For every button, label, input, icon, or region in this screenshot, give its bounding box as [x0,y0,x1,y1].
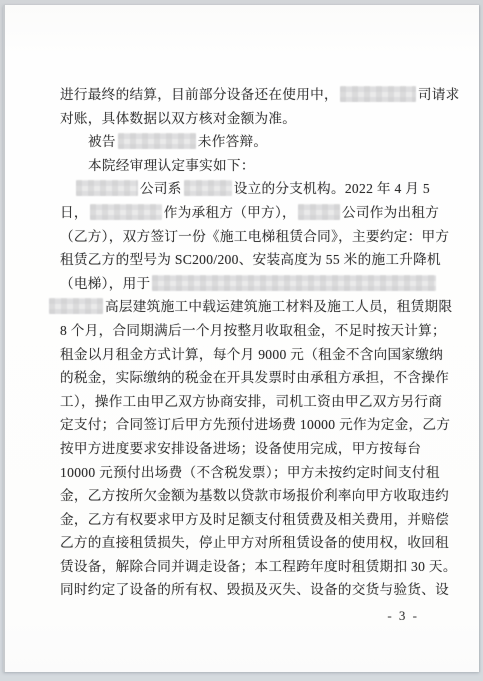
text-segment: 10000 元预付出场费（不含税发票）；甲方未按约定时间支付租 [60,465,440,480]
text-line: 定支付；合同签订后甲方先预付进场费 10000 元作为定金，乙方 [60,413,460,437]
text-segment: 同时约定了设备的所有权、毁损及灭失、设备的交货与验货、设 [60,582,449,597]
text-line: 公司系设立的分支机构。2022 年 4 月 5 [74,177,460,201]
text-line: 10000 元预付出场费（不含税发票）；甲方未按约定时间支付租 [60,461,460,485]
text-segment: 进行最终的结算，目前部分设备还在使用中， [60,87,338,102]
text-line: 8 个月，合同期满后一个月按整月收取租金，不足时按天计算； [60,319,460,343]
text-segment: 乙方的直接租赁损失，停止甲方对所租赁设备的使用权，收回租 [60,535,449,550]
text-segment: 赁设备，解除合同并调走设备；本工程跨年度时租赁期扣 30 天。 [60,559,457,574]
text-segment: 的税金，实际缴纳的税金在开具发票时由承租方承担，不含操作 [60,370,449,385]
redaction-blur [298,204,340,220]
redaction-blur [184,180,232,196]
redaction-blur [118,133,196,149]
redaction-blur [340,86,416,102]
text-segment: （电梯），用于 [60,276,150,291]
page-number: - 3 - [387,605,419,627]
text-line: 租金以月租金方式计算，每个月 9000 元（租金不含向国家缴纳 [60,343,460,367]
text-line: 对账，具体数据以双方核对金额为准。 [60,107,460,131]
text-segment: 被告 [88,134,116,149]
text-segment: 金，乙方按所欠金额为基数以贷款市场报价利率向甲方收取违约 [60,488,449,503]
text-line: 的税金，实际缴纳的税金在开具发票时由承租方承担，不含操作 [60,366,460,390]
text-line: （电梯），用于 [60,272,460,296]
text-line: 进行最终的结算，目前部分设备还在使用中，司请求 [60,83,460,107]
text-segment: 工），操作工由甲乙双方协商安排，司机工资由甲乙双方另行商 [60,394,442,409]
text-line: 工），操作工由甲乙双方协商安排，司机工资由甲乙双方另行商 [60,390,460,414]
text-segment: 高层建筑施工中载运建筑施工材料及施工人员，租赁期限 [105,299,452,314]
text-line: 金，乙方有权要求甲方及时足额支付租赁费及相关费用，并赔偿 [60,508,460,532]
text-line: 乙方的直接租赁损失，停止甲方对所租赁设备的使用权，收回租 [60,531,460,555]
text-segment: 设立的分支机构。2022 年 4 月 5 [234,181,430,196]
text-segment: 日， [60,205,88,220]
text-line: 高层建筑施工中载运建筑施工材料及施工人员，租赁期限 [47,295,460,319]
text-segment: 金，乙方有权要求甲方及时足额支付租赁费及相关费用，并赔偿 [60,512,449,527]
text-segment: 公司作为出租方 [342,205,439,220]
text-segment: 租赁乙方的型号为 SC200/200、安装高度为 55 米的施工升降机 [60,252,441,267]
text-line: 同时约定了设备的所有权、毁损及灭失、设备的交货与验货、设 [60,578,460,602]
text-line: 被告未作答辩。 [88,130,460,154]
text-segment: 对账，具体数据以双方核对金额为准。 [60,111,296,126]
redaction-blur [49,298,103,314]
text-segment: 租金以月租金方式计算，每个月 9000 元（租金不含向国家缴纳 [60,347,443,362]
scan-background: 进行最终的结算，目前部分设备还在使用中，司请求对账，具体数据以双方核对金额为准。… [0,0,483,681]
redaction-blur [90,204,162,220]
text-segment: 作为承租方（甲方）， [164,205,296,220]
text-line: 赁设备，解除合同并调走设备；本工程跨年度时租赁期扣 30 天。 [60,555,460,579]
text-segment: （乙方），双方签订一份《施工电梯租赁合同》，主要约定：甲方 [60,229,449,244]
text-segment: 公司系 [140,181,182,196]
text-line: （乙方），双方签订一份《施工电梯租赁合同》，主要约定：甲方 [60,225,460,249]
text-segment: 本院经审理认定事实如下： [88,158,255,173]
text-line: 本院经审理认定事实如下： [88,154,460,178]
redaction-blur [76,180,138,196]
text-line: 金，乙方按所欠金额为基数以贷款市场报价利率向甲方收取违约 [60,484,460,508]
text-line: 日，作为承租方（甲方），公司作为出租方 [60,201,460,225]
document-page: 进行最终的结算，目前部分设备还在使用中，司请求对账，具体数据以双方核对金额为准。… [3,5,479,672]
text-segment: 8 个月，合同期满后一个月按整月收取租金，不足时按天计算； [60,323,446,338]
text-segment: 未作答辩。 [198,134,267,149]
text-line: 按甲方进度要求安排设备进场；设备使用完成，甲方按每台 [60,437,460,461]
text-segment: 定支付；合同签订后甲方先预付进场费 10000 元作为定金，乙方 [60,417,450,432]
text-segment: 司请求 [418,87,460,102]
text-line: 租赁乙方的型号为 SC200/200、安装高度为 55 米的施工升降机 [60,248,460,272]
document-body: 进行最终的结算，目前部分设备还在使用中，司请求对账，具体数据以双方核对金额为准。… [60,83,460,602]
redaction-blur [152,275,436,291]
text-segment: 按甲方进度要求安排设备进场；设备使用完成，甲方按每台 [60,441,421,456]
